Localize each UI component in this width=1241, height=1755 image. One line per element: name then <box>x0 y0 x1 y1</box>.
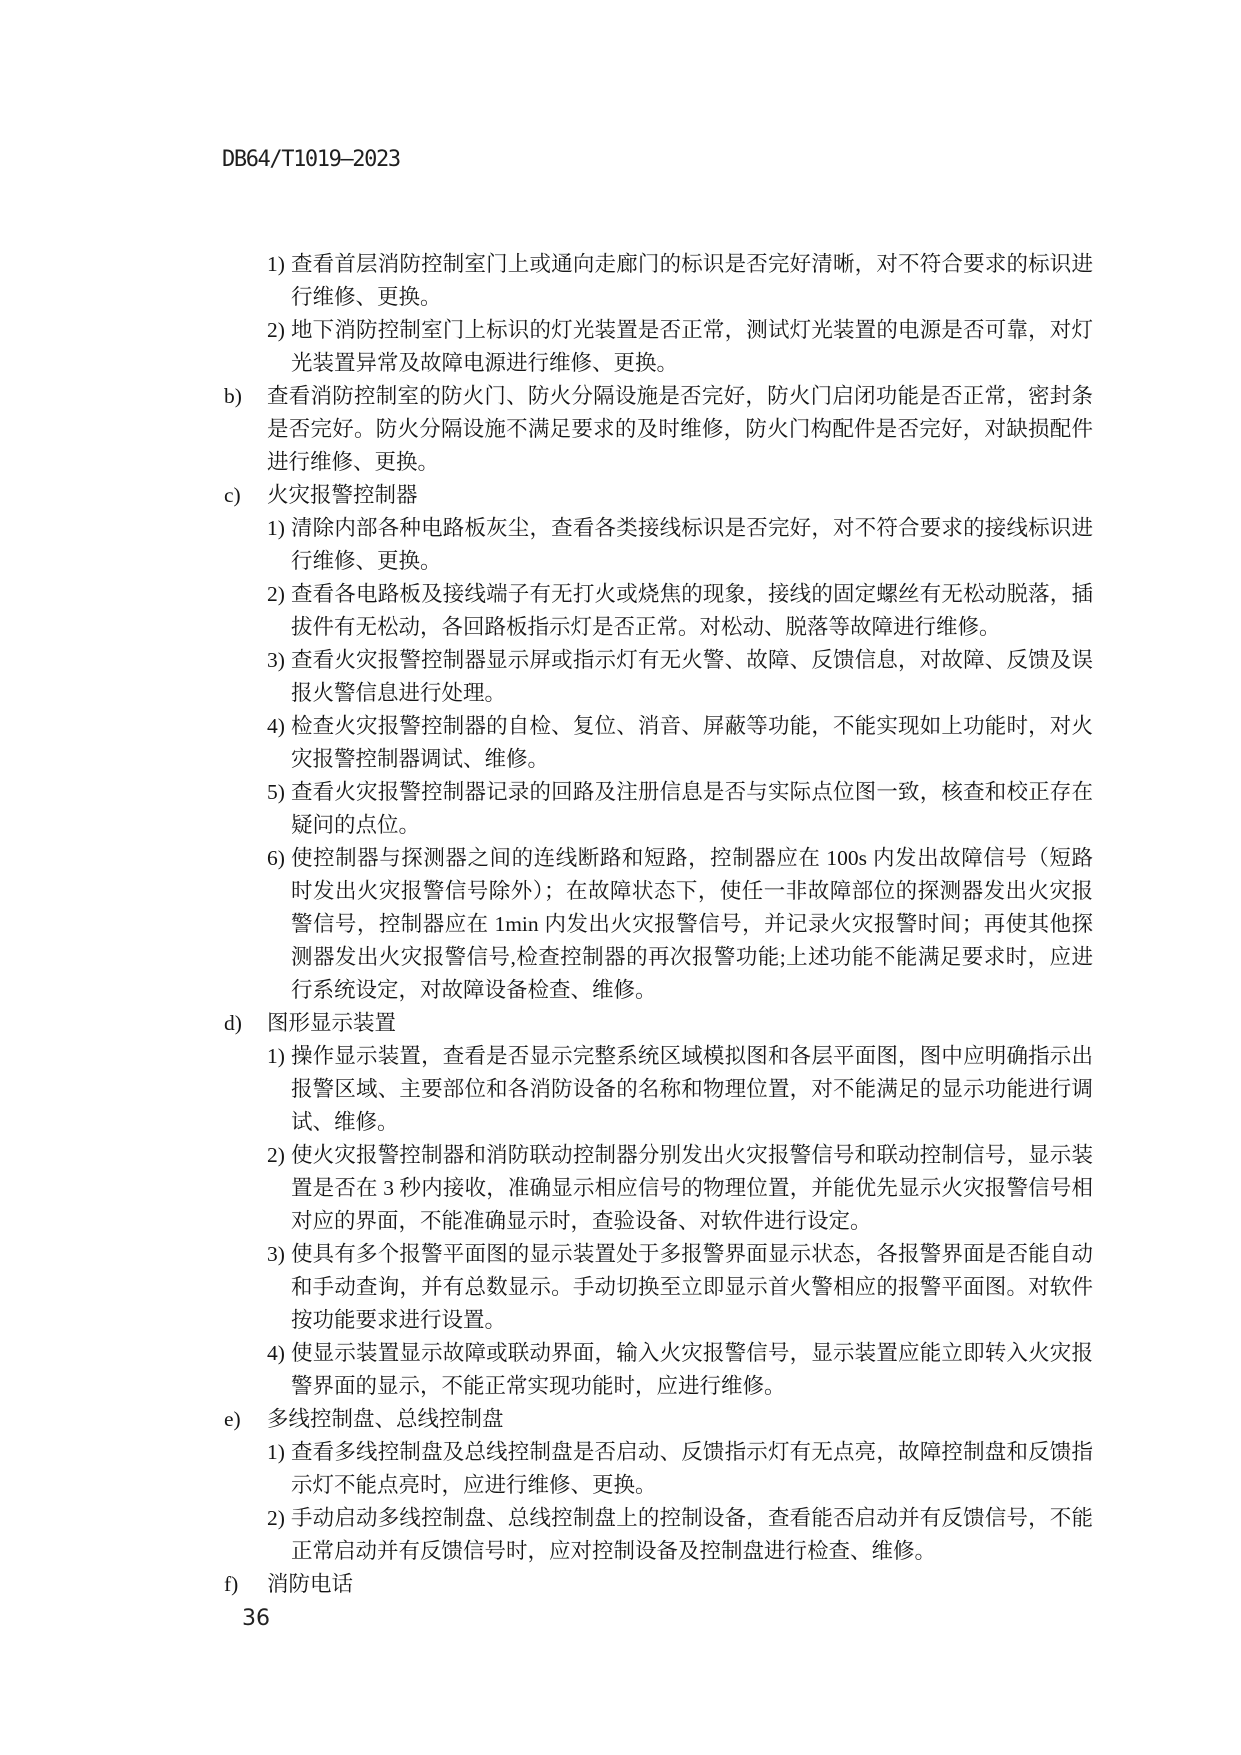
item-text: 使控制器与探测器之间的连线断路和短路，控制器应在 100s 内发出故障信号（短路… <box>291 842 1093 1007</box>
item-marker: 1) <box>267 1436 291 1469</box>
list-item: c) 火灾报警控制器 <box>224 479 1093 512</box>
item-marker: 3) <box>267 1238 291 1271</box>
item-text: 地下消防控制室门上标识的灯光装置是否正常，测试灯光装置的电源是否可靠，对灯光装置… <box>291 314 1093 380</box>
list-item: 2) 地下消防控制室门上标识的灯光装置是否正常，测试灯光装置的电源是否可靠，对灯… <box>224 314 1093 380</box>
doc-number-header: DB64/T1019—2023 <box>222 147 400 173</box>
item-text: 火灾报警控制器 <box>267 479 1093 512</box>
item-marker: 1) <box>267 512 291 545</box>
list-item: e) 多线控制盘、总线控制盘 <box>224 1403 1093 1436</box>
item-text: 查看多线控制盘及总线控制盘是否启动、反馈指示灯有无点亮，故障控制盘和反馈指示灯不… <box>291 1436 1093 1502</box>
item-text: 多线控制盘、总线控制盘 <box>267 1403 1093 1436</box>
item-text: 查看火灾报警控制器显示屏或指示灯有无火警、故障、反馈信息，对故障、反馈及误报火警… <box>291 644 1093 710</box>
item-text: 消防电话 <box>267 1568 1093 1601</box>
item-marker: f) <box>224 1568 267 1601</box>
item-marker: e) <box>224 1403 267 1436</box>
item-marker: 3) <box>267 644 291 677</box>
item-text: 查看各电路板及接线端子有无打火或烧焦的现象，接线的固定螺丝有无松动脱落，插拔件有… <box>291 578 1093 644</box>
list-item: 3) 查看火灾报警控制器显示屏或指示灯有无火警、故障、反馈信息，对故障、反馈及误… <box>224 644 1093 710</box>
list-item: 1) 操作显示装置，查看是否显示完整系统区域模拟图和各层平面图，图中应明确指示出… <box>224 1040 1093 1139</box>
list-item: 3) 使具有多个报警平面图的显示装置处于多报警界面显示状态，各报警界面是否能自动… <box>224 1238 1093 1337</box>
item-marker: 4) <box>267 710 291 743</box>
item-text: 手动启动多线控制盘、总线控制盘上的控制设备，查看能否启动并有反馈信号，不能正常启… <box>291 1502 1093 1568</box>
list-item: 1) 查看首层消防控制室门上或通向走廊门的标识是否完好清晰，对不符合要求的标识进… <box>224 248 1093 314</box>
item-marker: b) <box>224 380 267 413</box>
list-item: 2) 手动启动多线控制盘、总线控制盘上的控制设备，查看能否启动并有反馈信号，不能… <box>224 1502 1093 1568</box>
item-marker: 6) <box>267 842 291 875</box>
item-marker: 2) <box>267 1139 291 1172</box>
item-text: 查看首层消防控制室门上或通向走廊门的标识是否完好清晰，对不符合要求的标识进行维修… <box>291 248 1093 314</box>
page-number: 36 <box>242 1606 270 1632</box>
item-text: 使火灾报警控制器和消防联动控制器分别发出火灾报警信号和联动控制信号，显示装置是否… <box>291 1139 1093 1238</box>
item-text: 检查火灾报警控制器的自检、复位、消音、屏蔽等功能，不能实现如上功能时，对火灾报警… <box>291 710 1093 776</box>
list-item: f) 消防电话 <box>224 1568 1093 1601</box>
item-text: 操作显示装置，查看是否显示完整系统区域模拟图和各层平面图，图中应明确指示出报警区… <box>291 1040 1093 1139</box>
item-marker: 2) <box>267 578 291 611</box>
item-marker: 1) <box>267 248 291 281</box>
list-item: 1) 清除内部各种电路板灰尘，查看各类接线标识是否完好，对不符合要求的接线标识进… <box>224 512 1093 578</box>
list-item: 2) 查看各电路板及接线端子有无打火或烧焦的现象，接线的固定螺丝有无松动脱落，插… <box>224 578 1093 644</box>
list-item: 4) 检查火灾报警控制器的自检、复位、消音、屏蔽等功能，不能实现如上功能时，对火… <box>224 710 1093 776</box>
document-page: DB64/T1019—2023 1) 查看首层消防控制室门上或通向走廊门的标识是… <box>0 0 1241 1755</box>
item-marker: 2) <box>267 314 291 347</box>
item-text: 查看火灾报警控制器记录的回路及注册信息是否与实际点位图一致，核查和校正存在疑问的… <box>291 776 1093 842</box>
item-text: 使具有多个报警平面图的显示装置处于多报警界面显示状态，各报警界面是否能自动和手动… <box>291 1238 1093 1337</box>
item-text: 清除内部各种电路板灰尘，查看各类接线标识是否完好，对不符合要求的接线标识进行维修… <box>291 512 1093 578</box>
list-item: 6) 使控制器与探测器之间的连线断路和短路，控制器应在 100s 内发出故障信号… <box>224 842 1093 1007</box>
list-item: 2) 使火灾报警控制器和消防联动控制器分别发出火灾报警信号和联动控制信号，显示装… <box>224 1139 1093 1238</box>
list-item: b) 查看消防控制室的防火门、防火分隔设施是否完好，防火门启闭功能是否正常，密封… <box>224 380 1093 479</box>
list-item: 5) 查看火灾报警控制器记录的回路及注册信息是否与实际点位图一致，核查和校正存在… <box>224 776 1093 842</box>
item-marker: 5) <box>267 776 291 809</box>
item-text: 查看消防控制室的防火门、防火分隔设施是否完好，防火门启闭功能是否正常，密封条是否… <box>267 380 1093 479</box>
item-marker: d) <box>224 1007 267 1040</box>
content-list: 1) 查看首层消防控制室门上或通向走廊门的标识是否完好清晰，对不符合要求的标识进… <box>224 248 1093 1601</box>
item-marker: 2) <box>267 1502 291 1535</box>
list-item: d) 图形显示装置 <box>224 1007 1093 1040</box>
item-marker: 1) <box>267 1040 291 1073</box>
item-marker: 4) <box>267 1337 291 1370</box>
list-item: 4) 使显示装置显示故障或联动界面，输入火灾报警信号，显示装置应能立即转入火灾报… <box>224 1337 1093 1403</box>
item-text: 图形显示装置 <box>267 1007 1093 1040</box>
list-item: 1) 查看多线控制盘及总线控制盘是否启动、反馈指示灯有无点亮，故障控制盘和反馈指… <box>224 1436 1093 1502</box>
item-marker: c) <box>224 479 267 512</box>
item-text: 使显示装置显示故障或联动界面，输入火灾报警信号，显示装置应能立即转入火灾报警界面… <box>291 1337 1093 1403</box>
